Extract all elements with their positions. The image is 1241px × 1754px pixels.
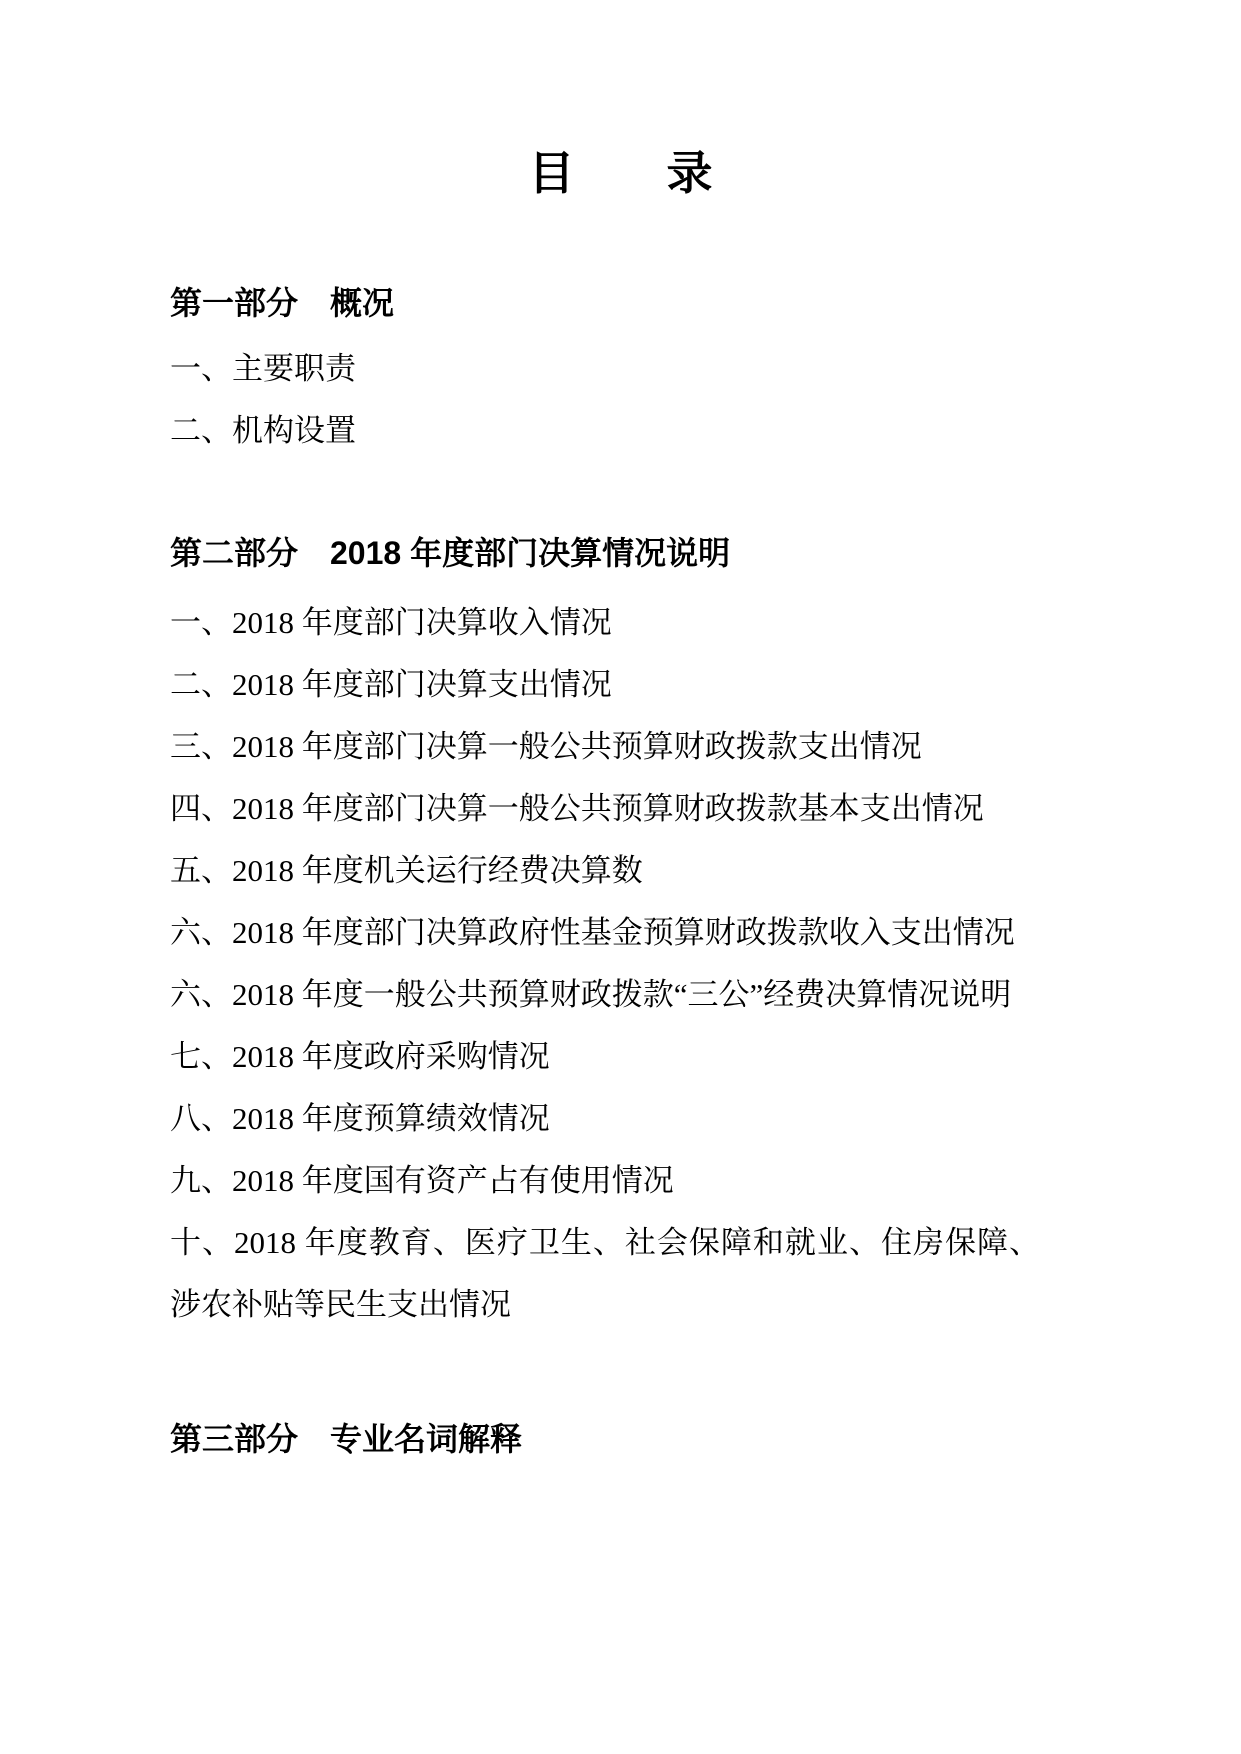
toc-section-overview: 第一部分 概况 一、主要职责 二、机构设置 bbox=[170, 272, 1085, 462]
section-heading-part2: 第二部分 2018 年度部门决算情况说明 bbox=[170, 522, 1085, 584]
toc-section-final-accounts: 第二部分 2018 年度部门决算情况说明 一、2018 年度部门决算收入情况 二… bbox=[170, 522, 1085, 1336]
toc-item: 六、2018 年度部门决算政府性基金预算财政拨款收入支出情况 bbox=[170, 902, 1085, 964]
toc-section-glossary: 第三部分 专业名词解释 bbox=[170, 1408, 1085, 1470]
toc-item: 三、2018 年度部门决算一般公共预算财政拨款支出情况 bbox=[170, 716, 1085, 778]
toc-item: 七、2018 年度政府采购情况 bbox=[170, 1026, 1085, 1088]
toc-item: 十、2018 年度教育、医疗卫生、社会保障和就业、住房保障、涉农补贴等民生支出情… bbox=[170, 1212, 1040, 1336]
toc-item: 四、2018 年度部门决算一般公共预算财政拨款基本支出情况 bbox=[170, 778, 1085, 840]
document-page: 目 录 第一部分 概况 一、主要职责 二、机构设置 第二部分 2018 年度部门… bbox=[0, 0, 1241, 1754]
toc-item: 九、2018 年度国有资产占有使用情况 bbox=[170, 1150, 1085, 1212]
toc-item: 一、主要职责 bbox=[170, 338, 1085, 400]
toc-list-part1: 一、主要职责 二、机构设置 bbox=[170, 338, 1085, 462]
toc-list-part2: 一、2018 年度部门决算收入情况 二、2018 年度部门决算支出情况 三、20… bbox=[170, 592, 1085, 1336]
section-heading-part3: 第三部分 专业名词解释 bbox=[170, 1408, 1085, 1470]
section-heading-part1: 第一部分 概况 bbox=[170, 272, 1085, 334]
toc-item: 六、2018 年度一般公共预算财政拨款“三公”经费决算情况说明 bbox=[170, 964, 1085, 1026]
toc-item: 二、2018 年度部门决算支出情况 bbox=[170, 654, 1085, 716]
document-title: 目 录 bbox=[0, 146, 1241, 201]
toc-item: 二、机构设置 bbox=[170, 400, 1085, 462]
toc-item: 一、2018 年度部门决算收入情况 bbox=[170, 592, 1085, 654]
toc-item: 五、2018 年度机关运行经费决算数 bbox=[170, 840, 1085, 902]
toc-item: 八、2018 年度预算绩效情况 bbox=[170, 1088, 1085, 1150]
